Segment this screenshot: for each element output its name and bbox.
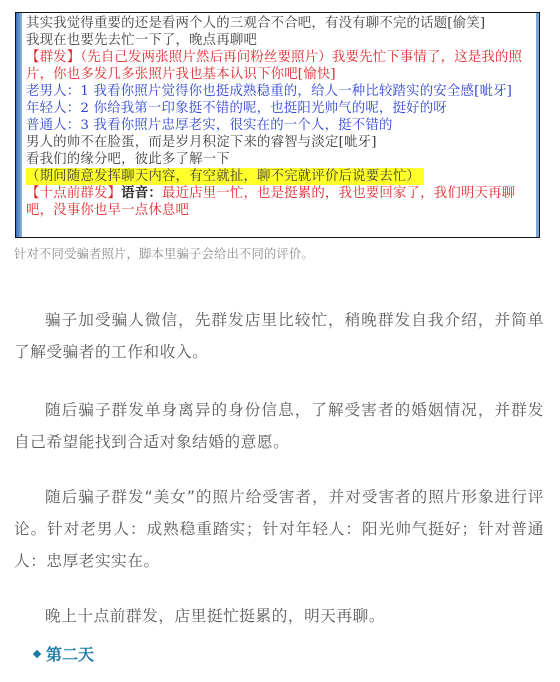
chat-line: 老男人：1 我看你照片觉得你也挺成熟稳重的，给人一种比较踏实的安全感[呲牙] — [26, 83, 533, 100]
chat-line-text: 看我们的缘分吧，彼此多了解一下 — [26, 152, 230, 167]
chat-line: 【群发】（先自己发两张照片然后再问粉丝要照片）我要先忙下事情了，这是我的照片，你… — [26, 49, 533, 83]
figure-caption: 针对不同受骗者照片，脚本里骗子会给出不同的评价。 — [14, 244, 314, 262]
section-heading: 第二天 — [34, 642, 94, 665]
chat-line-text: 其实我觉得重要的还是看两个人的三观合不合吧，有没有聊不完的话题[偷笑] — [26, 16, 485, 31]
chat-line-text: 我现在也要先去忙一下了，晚点再聊吧 — [26, 33, 257, 48]
chat-line: 【十点前群发】语音：最近店里一忙，也是挺累的，我也要回家了，我们明天再聊吧，没事… — [26, 185, 533, 219]
chat-line: 年轻人：2 你给我第一印象挺不错的呢，也挺阳光帅气的呢，挺好的呀 — [26, 100, 533, 117]
chat-line-text: 普通人：3 我看你照片忠厚老实，很实在的一个人，挺不错的 — [26, 118, 393, 133]
chat-line-highlighted: （期间随意发挥聊天内容，有空就扯，聊不完就评价后说要去忙） — [26, 168, 533, 185]
chat-script-screenshot: 其实我觉得重要的还是看两个人的三观合不合吧，有没有聊不完的话题[偷笑] 我现在也… — [15, 12, 540, 238]
chat-line-text: 老男人：1 我看你照片觉得你也挺成熟稳重的，给人一种比较踏实的安全感[呲牙] — [26, 84, 512, 99]
chat-line: 看我们的缘分吧，彼此多了解一下 — [26, 151, 533, 168]
frame-right-accent-bar — [536, 13, 539, 237]
article-paragraph: 随后骗子群发单身离异的身份信息，了解受害者的婚姻情况，并群发自己希望能找到合适对… — [14, 394, 544, 458]
chat-line-text: 【群发】（先自己发两张照片然后再问粉丝要照片）我要先忙下事情了，这是我的照片，你… — [26, 50, 522, 82]
section-heading-text: 第二天 — [46, 642, 94, 665]
chat-line: 普通人：3 我看你照片忠厚老实，很实在的一个人，挺不错的 — [26, 117, 533, 134]
article-paragraph: 随后骗子群发“美女”的照片给受害者，并对受害者的照片形象进行评论。针对老男人：成… — [14, 481, 544, 577]
chat-line-text: （期间随意发挥聊天内容，有空就扯，聊不完就评价后说要去忙） — [26, 168, 424, 185]
chat-line: 男人的帅不在脸蛋，而是岁月积淀下来的睿智与淡定[呲牙] — [26, 134, 533, 151]
chat-line: 我现在也要先去忙一下了，晚点再聊吧 — [26, 32, 533, 49]
chat-script-lines: 其实我觉得重要的还是看两个人的三观合不合吧，有没有聊不完的话题[偷笑] 我现在也… — [26, 15, 533, 219]
chat-line-text: 年轻人：2 你给我第一印象挺不错的呢，也挺阳光帅气的呢，挺好的呀 — [26, 101, 447, 116]
article-paragraph: 骗子加受骗人微信，先群发店里比较忙，稍晚群发自我介绍，并简单了解受骗者的工作和收… — [14, 304, 544, 368]
chat-line-voice-label: 语音： — [121, 185, 162, 201]
chat-line: 其实我觉得重要的还是看两个人的三观合不合吧，有没有聊不完的话题[偷笑] — [26, 15, 533, 32]
frame-left-accent-bar — [16, 13, 22, 237]
diamond-bullet-icon — [33, 649, 41, 657]
chat-line-tag: 【十点前群发】 — [26, 186, 121, 201]
article-paragraph: 晚上十点前群发，店里挺忙挺累的，明天再聊。 — [14, 600, 544, 632]
chat-line-text: 男人的帅不在脸蛋，而是岁月积淀下来的睿智与淡定[呲牙] — [26, 135, 377, 150]
